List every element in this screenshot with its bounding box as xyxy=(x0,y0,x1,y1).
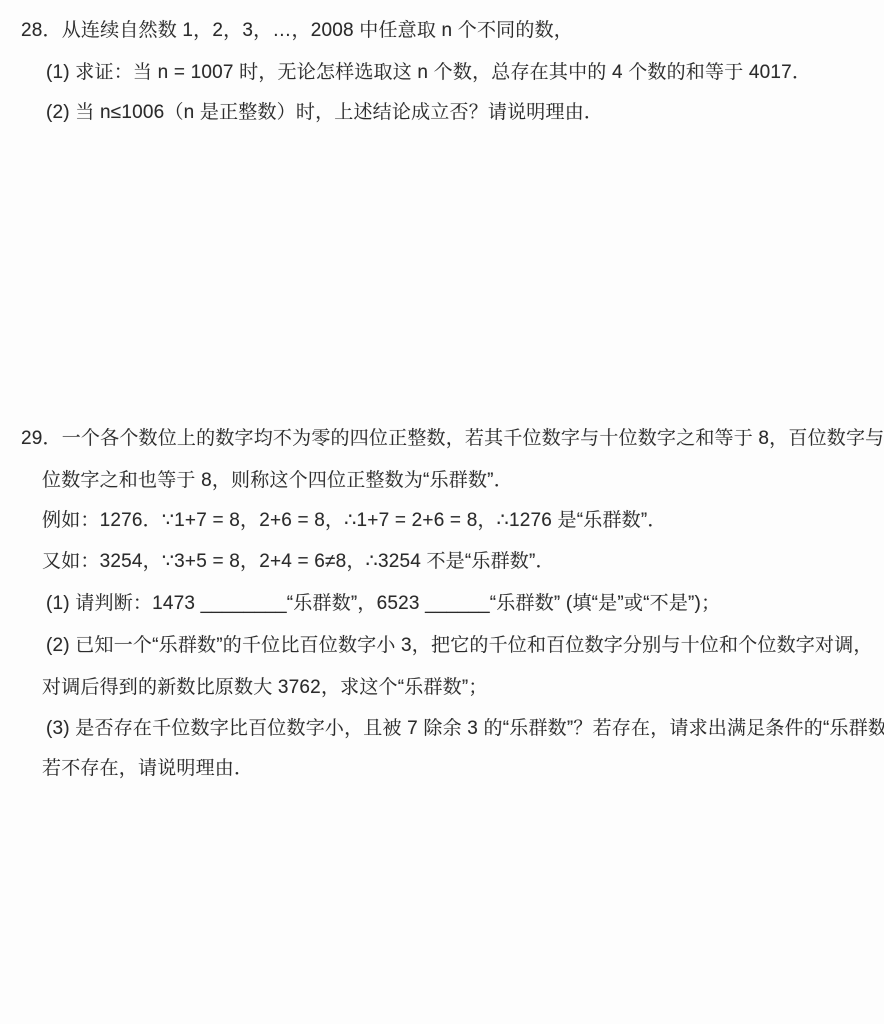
problem-29-part-2-line-2: 对调后得到的新数比原数大 3762，求这个“乐群数”； xyxy=(42,675,488,701)
problem-29-part-2-line-1: (2) 已知一个“乐群数”的千位比百位数字小 3，把它的千位和百位数字分别与十位… xyxy=(46,633,873,659)
problem-29-example-2: 又如：3254，∵3+5 = 8，2+4 = 6≠8，∴3254 不是“乐群数”… xyxy=(42,549,555,575)
problem-28-part-2: (2) 当 n≤1006（n 是正整数）时，上述结论成立否？请说明理由． xyxy=(46,100,603,126)
problem-29-part-3-line-1: (3) 是否存在千位数字比百位数字小，且被 7 除余 3 的“乐群数”？若存在，… xyxy=(46,716,884,742)
problem-29-part-3-line-2: 若不存在，请说明理由． xyxy=(42,756,253,782)
problem-29-stem-line-1: 29．一个各个数位上的数字均不为零的四位正整数，若其千位数字与十位数字之和等于 … xyxy=(21,426,884,452)
problem-28-stem: 28．从连续自然数 1，2，3，…，2008 中任意取 n 个不同的数， xyxy=(21,18,573,44)
problem-29-part-1: (1) 请判断：1473 ________“乐群数”，6523 ______“乐… xyxy=(46,591,720,617)
worksheet-page: 28．从连续自然数 1，2，3，…，2008 中任意取 n 个不同的数， (1)… xyxy=(0,0,884,1024)
problem-29-stem-line-2: 位数字之和也等于 8，则称这个四位正整数为“乐群数”． xyxy=(42,468,513,494)
problem-28-part-1: (1) 求证：当 n = 1007 时，无论怎样选取这 n 个数，总存在其中的 … xyxy=(46,60,811,86)
problem-29-example-1: 例如：1276．∵1+7 = 8，2+6 = 8，∴1+7 = 2+6 = 8，… xyxy=(42,508,667,534)
